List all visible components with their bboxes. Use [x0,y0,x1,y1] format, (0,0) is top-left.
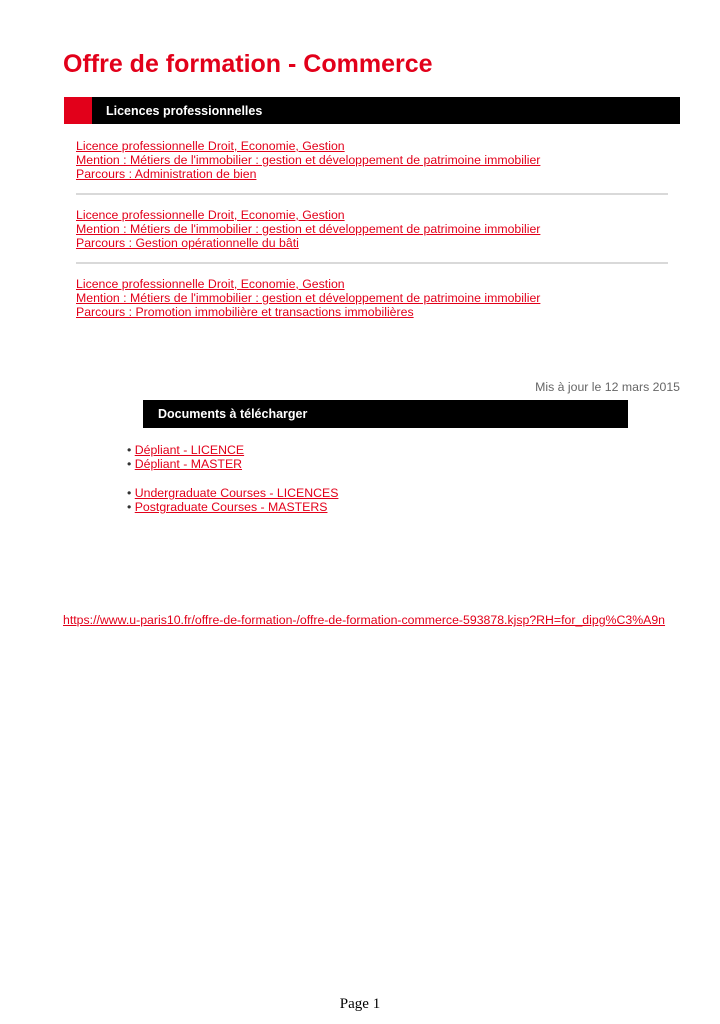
parcours-link[interactable]: Parcours : Administration de bien [76,167,676,181]
download-link[interactable]: Postgraduate Courses - MASTERS [135,500,328,514]
download-link[interactable]: Dépliant - LICENCE [135,443,244,457]
list-item: • Postgraduate Courses - MASTERS [127,500,338,514]
licences-section-title: Licences professionnelles [92,104,262,118]
bullet-icon: • [127,500,131,514]
source-url-link[interactable]: https://www.u-paris10.fr/offre-de-format… [63,613,665,627]
list-item: • Dépliant - MASTER [127,457,244,471]
bullet-icon: • [127,457,131,471]
list-item: • Undergraduate Courses - LICENCES [127,486,338,500]
licence-link[interactable]: Licence professionnelle Droit, Economie,… [76,139,676,153]
bullet-icon: • [127,486,131,500]
licence-link[interactable]: Licence professionnelle Droit, Economie,… [76,277,676,291]
page-title: Offre de formation - Commerce [63,50,433,79]
mention-link[interactable]: Mention : Métiers de l'immobilier : gest… [76,291,676,305]
separator [76,193,668,195]
list-item: • Dépliant - LICENCE [127,443,244,457]
documents-section-header: Documents à télécharger [143,400,628,428]
mention-link[interactable]: Mention : Métiers de l'immobilier : gest… [76,153,676,167]
download-link[interactable]: Undergraduate Courses - LICENCES [135,486,339,500]
documents-list: • Undergraduate Courses - LICENCES • Pos… [127,486,338,514]
documents-list: • Dépliant - LICENCE • Dépliant - MASTER [127,443,244,471]
separator [76,262,668,264]
licence-link[interactable]: Licence professionnelle Droit, Economie,… [76,208,676,222]
accent-block [64,97,92,124]
bullet-icon: • [127,443,131,457]
last-updated: Mis à jour le 12 mars 2015 [535,380,680,394]
program-entry: Licence professionnelle Droit, Economie,… [76,277,676,320]
program-entry: Licence professionnelle Droit, Economie,… [76,208,676,251]
parcours-link[interactable]: Parcours : Promotion immobilière et tran… [76,305,676,319]
program-entry: Licence professionnelle Droit, Economie,… [76,139,676,182]
parcours-link[interactable]: Parcours : Gestion opérationnelle du bât… [76,236,676,250]
documents-section-title: Documents à télécharger [158,407,307,421]
mention-link[interactable]: Mention : Métiers de l'immobilier : gest… [76,222,676,236]
page-number: Page 1 [0,996,720,1013]
licences-section-header: Licences professionnelles [64,97,680,124]
download-link[interactable]: Dépliant - MASTER [135,457,242,471]
